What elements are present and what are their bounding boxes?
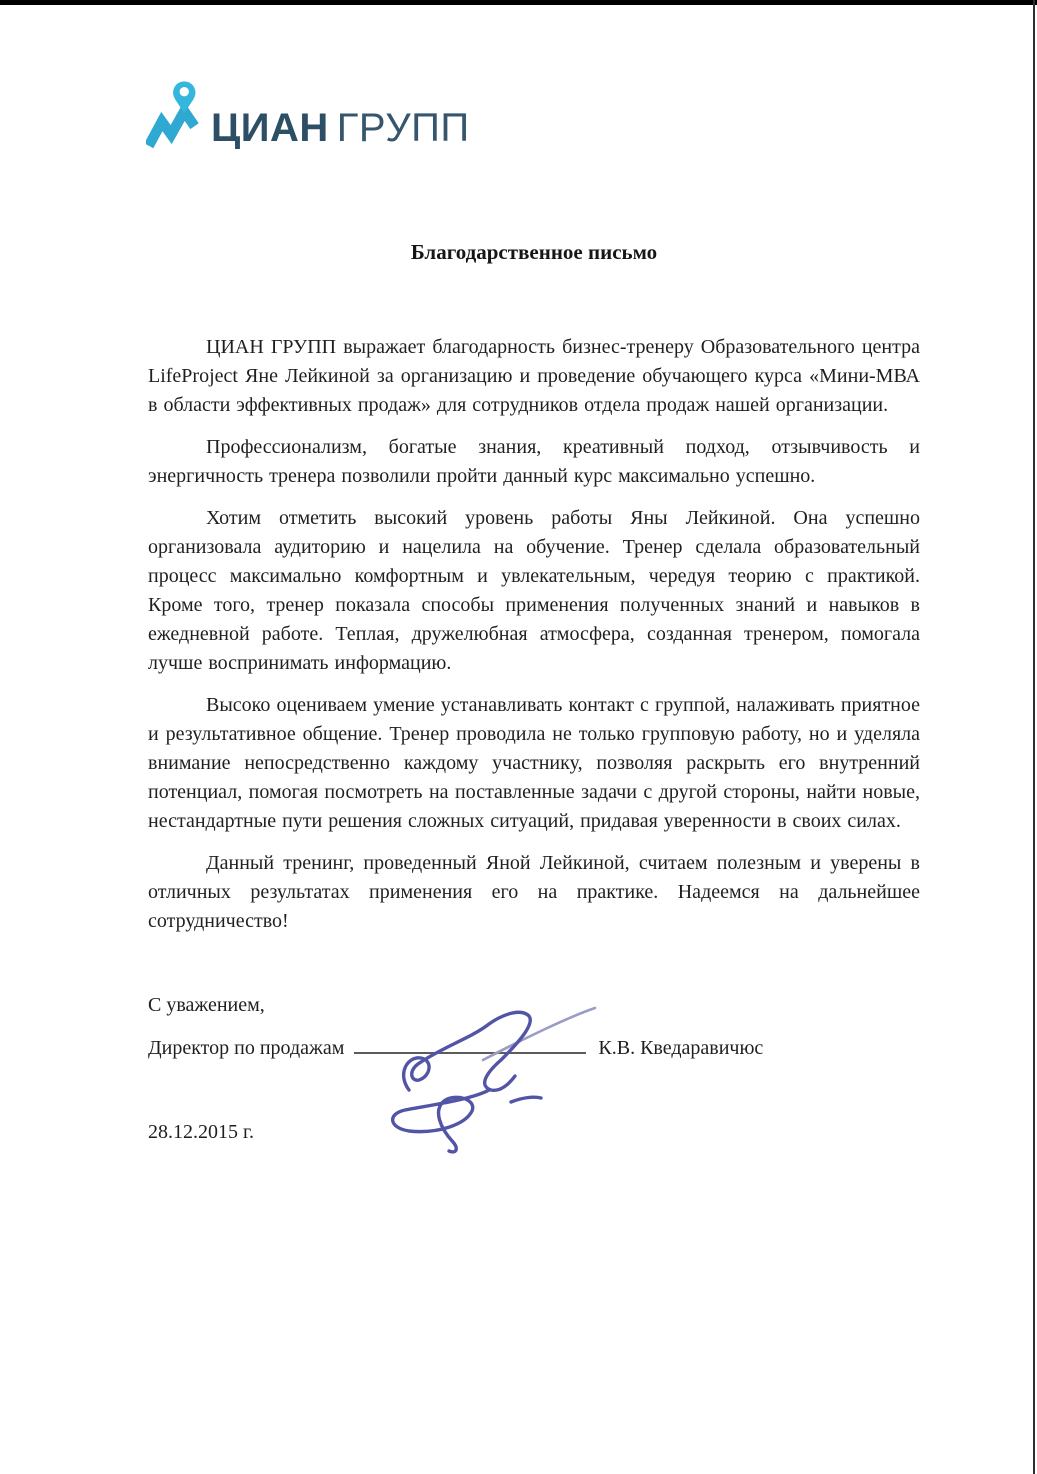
signatory-name: К.В. Кведаравичюс [598,1034,763,1063]
logo-wordmark: ЦИАНГРУПП [211,108,470,150]
letter-paragraph: Профессионализм, богатые знания, креатив… [148,433,920,491]
scan-top-edge [0,0,1037,5]
letter-paragraph: Хотим отметить высокий уровень работы Ян… [148,504,920,678]
cian-group-logo: ЦИАНГРУПП [146,80,470,150]
letter-paragraph: Данный тренинг, проведенный Яной Лейкино… [148,849,920,936]
logo-word-primary: ЦИАН [211,106,329,150]
signature-line [354,1034,586,1054]
signatory-role: Директор по продажам [148,1034,344,1063]
letter-paragraph: ЦИАН ГРУПП выражает благодарность бизнес… [148,333,920,420]
letter-body: Благодарственное письмо ЦИАН ГРУПП выраж… [148,240,920,1167]
letter-paragraph: Высоко оцениваем умение устанавливать ко… [148,691,920,836]
letter-title: Благодарственное письмо [148,240,920,265]
cian-map-pin-logo-icon [146,80,202,150]
signatory-row: Директор по продажам К.В. Кведаравичюс [148,1034,920,1063]
scanned-letter-page: ЦИАНГРУПП Благодарственное письмо ЦИАН Г… [0,0,1037,1474]
salutation: С уважением, [148,991,920,1020]
scan-right-edge [1033,0,1035,1474]
letter-date: 28.12.2015 г. [148,1118,920,1147]
logo-word-secondary: ГРУПП [337,106,470,150]
